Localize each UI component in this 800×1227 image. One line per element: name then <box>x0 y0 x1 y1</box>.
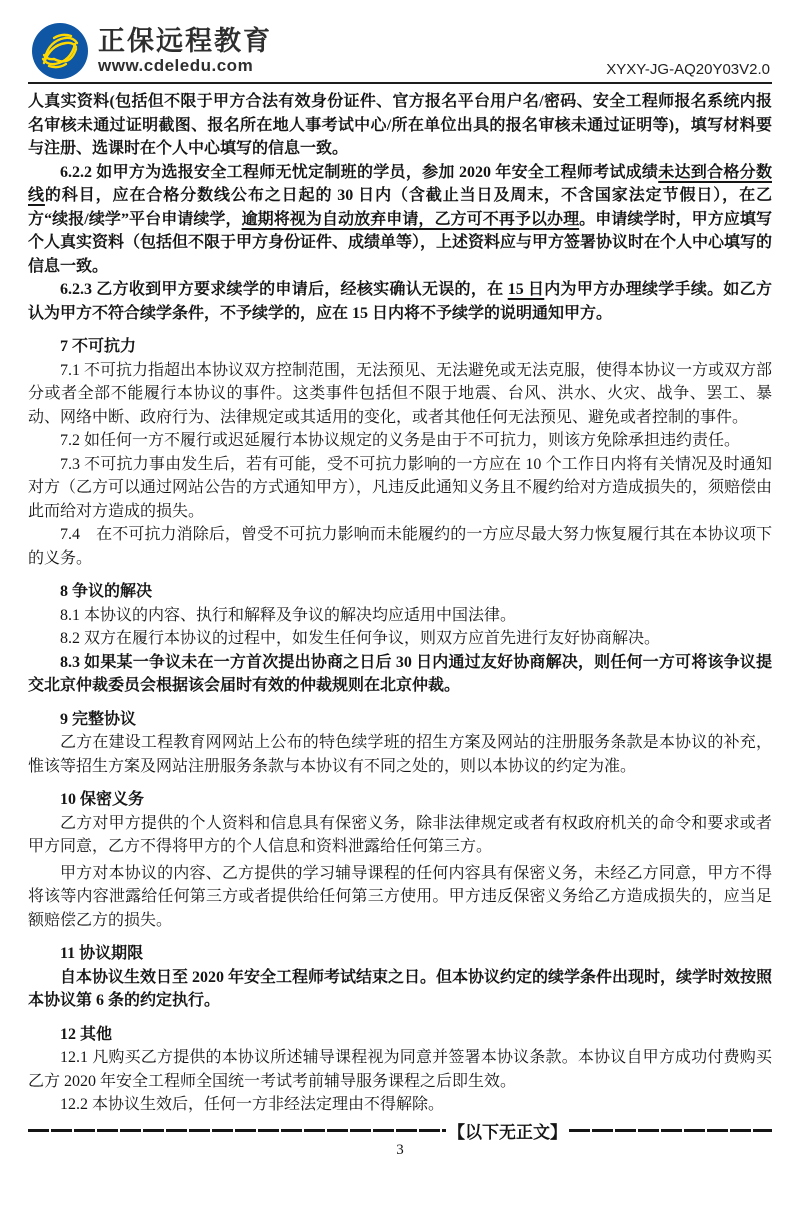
section-7-heading: 7 不可抗力 <box>28 335 772 359</box>
clause-6-2-3: 6.2.3 乙方收到甲方要求续学的申请后，经核实确认无误的，在 15 日内为甲方… <box>28 278 772 325</box>
section-11-body: 自本协议生效日至 2020 年安全工程师考试结束之日。但本协议约定的续学条件出现… <box>28 966 772 1013</box>
contract-body: 人真实资料(包括但不限于甲方合法有效身份证件、官方报名平台用户名/密码、安全工程… <box>28 90 772 1117</box>
clause-7-4: 7.4 在不可抗力消除后，曾受不可抗力影响而未能履约的一方应尽最大努力恢复履行其… <box>28 523 772 570</box>
clause-8-2: 8.2 双方在履行本协议的过程中，如发生任何争议，则双方应首先进行友好协商解决。 <box>28 627 772 651</box>
divider-dash-left <box>28 1129 446 1132</box>
underlined-term: 15 日 <box>508 281 545 298</box>
section-9-body: 乙方在建设工程教育网网站上公布的特色续学班的招生方案及网站的注册服务条款是本协议… <box>28 731 772 778</box>
section-10-heading: 10 保密义务 <box>28 788 772 812</box>
page-number: 3 <box>0 1142 800 1159</box>
brand-block: 正保远程教育 www.cdeledu.com <box>32 23 272 79</box>
clause-7-3: 7.3 不可抗力事由发生后，若有可能，受不可抗力影响的一方应在 10 个工作日内… <box>28 453 772 524</box>
clause-8-3: 8.3 如果某一争议未在一方首次提出协商之日后 30 日内通过友好协商解决，则任… <box>28 651 772 698</box>
clause-6-2-2: 6.2.2 如甲方为选报安全工程师无忧定制班的学员，参加 2020 年安全工程师… <box>28 161 772 279</box>
divider-dash-right <box>569 1129 772 1132</box>
company-logo-icon <box>32 23 88 79</box>
brand-text: 正保远程教育 www.cdeledu.com <box>98 26 272 76</box>
clause-6-2-1-continuation: 人真实资料(包括但不限于甲方合法有效身份证件、官方报名平台用户名/密码、安全工程… <box>28 90 772 161</box>
section-10-para-1: 乙方对甲方提供的个人资料和信息具有保密义务，除非法律规定或者有权政府机关的命令和… <box>28 812 772 859</box>
end-of-text-divider: 【以下无正文】 <box>28 1118 772 1143</box>
document-page: 正保远程教育 www.cdeledu.com XYXY-JG-AQ20Y03V2… <box>0 0 800 1227</box>
clause-12-1: 12.1 凡购买乙方提供的本协议所述辅导课程视为同意并签署本协议条款。本协议自甲… <box>28 1046 772 1093</box>
section-8-heading: 8 争议的解决 <box>28 580 772 604</box>
text-segment: 6.2.3 乙方收到甲方要求续学的申请后，经核实确认无误的，在 <box>60 281 508 298</box>
underlined-term: 逾期将视为自动放弃申请，乙方可不再予以办理 <box>242 211 580 228</box>
section-9-heading: 9 完整协议 <box>28 708 772 732</box>
doc-code: XYXY-JG-AQ20Y03V2.0 <box>606 61 770 79</box>
brand-url: www.cdeledu.com <box>98 57 272 76</box>
end-of-text-label: 【以下无正文】 <box>446 1118 569 1143</box>
text-segment: 6.2.2 如甲方为选报安全工程师无忧定制班的学员，参加 2020 年安全工程师… <box>60 164 658 181</box>
brand-name: 正保远程教育 <box>98 26 272 57</box>
section-12-heading: 12 其他 <box>28 1023 772 1047</box>
clause-7-2: 7.2 如任何一方不履行或迟延履行本协议规定的义务是由于不可抗力，则该方免除承担… <box>28 429 772 453</box>
section-10-para-2: 甲方对本协议的内容、乙方提供的学习辅导课程的任何内容具有保密义务，未经乙方同意，… <box>28 862 772 933</box>
clause-7-1: 7.1 不可抗力指超出本协议双方控制范围，无法预见、无法避免或无法克服，使得本协… <box>28 359 772 430</box>
clause-12-2: 12.2 本协议生效后，任何一方非经法定理由不得解除。 <box>28 1093 772 1117</box>
document-header: 正保远程教育 www.cdeledu.com XYXY-JG-AQ20Y03V2… <box>28 0 772 84</box>
clause-8-1: 8.1 本协议的内容、执行和解释及争议的解决均应适用中国法律。 <box>28 604 772 628</box>
section-11-heading: 11 协议期限 <box>28 942 772 966</box>
